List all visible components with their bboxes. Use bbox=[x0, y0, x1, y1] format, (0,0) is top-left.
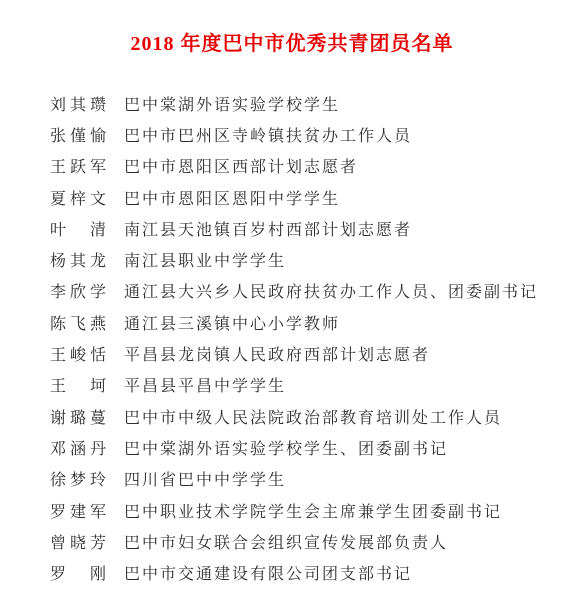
member-name: 王峻恬 bbox=[50, 340, 120, 371]
member-description: 平昌县平昌中学学生 bbox=[124, 371, 286, 402]
member-name: 谢璐蔓 bbox=[50, 403, 120, 434]
member-row: 王峻恬 平昌县龙岗镇人民政府西部计划志愿者 bbox=[50, 339, 584, 370]
member-description: 巴中棠湖外语实验学校学生、团委副书记 bbox=[124, 434, 448, 465]
member-row: 李欣学 通江县大兴乡人民政府扶贫办工作人员、团委副书记 bbox=[50, 277, 584, 308]
member-row: 罗 刚 巴中市交通建设有限公司团支部书记 bbox=[50, 558, 584, 589]
member-row: 谢璐蔓 巴中市中级人民法院政治部教育培训处工作人员 bbox=[50, 402, 584, 433]
member-name: 陈飞燕 bbox=[50, 309, 120, 340]
member-description: 南江县职业中学学生 bbox=[124, 246, 286, 277]
member-name: 王 坷 bbox=[50, 371, 120, 402]
member-name: 徐梦玲 bbox=[50, 465, 120, 496]
member-row: 王 坷 平昌县平昌中学学生 bbox=[50, 371, 584, 402]
member-description: 平昌县龙岗镇人民政府西部计划志愿者 bbox=[124, 340, 430, 371]
member-description: 巴中棠湖外语实验学校学生 bbox=[124, 90, 340, 121]
member-description: 巴中市恩阳区恩阳中学学生 bbox=[124, 184, 340, 215]
member-description: 通江县大兴乡人民政府扶贫办工作人员、团委副书记 bbox=[124, 277, 538, 308]
member-description: 巴中市妇女联合会组织宣传发展部负责人 bbox=[124, 528, 448, 559]
member-row: 刘其瓒 巴中棠湖外语实验学校学生 bbox=[50, 89, 584, 120]
member-name: 刘其瓒 bbox=[50, 90, 120, 121]
member-description: 巴中职业技术学院学生会主席兼学生团委副书记 bbox=[124, 497, 502, 528]
member-list: 刘其瓒 巴中棠湖外语实验学校学生 张僅愉 巴中市巴州区寺岭镇扶贫办工作人员 王跃… bbox=[0, 89, 584, 590]
member-row: 夏梓文 巴中市恩阳区恩阳中学学生 bbox=[50, 183, 584, 214]
member-name: 罗建军 bbox=[50, 497, 120, 528]
member-description: 巴中市巴州区寺岭镇扶贫办工作人员 bbox=[124, 121, 412, 152]
member-row: 王跃军 巴中市恩阳区西部计划志愿者 bbox=[50, 152, 584, 183]
member-name: 曾晓芳 bbox=[50, 528, 120, 559]
member-row: 邓涵丹 巴中棠湖外语实验学校学生、团委副书记 bbox=[50, 433, 584, 464]
member-description: 巴中市恩阳区西部计划志愿者 bbox=[124, 152, 358, 183]
member-description: 南江县天池镇百岁村西部计划志愿者 bbox=[124, 215, 412, 246]
document-page: 2018 年度巴中市优秀共青团员名单 刘其瓒 巴中棠湖外语实验学校学生 张僅愉 … bbox=[0, 0, 584, 592]
member-row: 叶 清 南江县天池镇百岁村西部计划志愿者 bbox=[50, 214, 584, 245]
member-description: 通江县三溪镇中心小学教师 bbox=[124, 309, 340, 340]
member-row: 徐梦玲 四川省巴中中学学生 bbox=[50, 465, 584, 496]
member-description: 巴中市交通建设有限公司团支部书记 bbox=[124, 559, 412, 590]
member-row: 罗建军 巴中职业技术学院学生会主席兼学生团委副书记 bbox=[50, 496, 584, 527]
member-name: 叶 清 bbox=[50, 215, 120, 246]
member-description: 巴中市中级人民法院政治部教育培训处工作人员 bbox=[124, 403, 502, 434]
member-row: 张僅愉 巴中市巴州区寺岭镇扶贫办工作人员 bbox=[50, 120, 584, 151]
member-name: 罗 刚 bbox=[50, 559, 120, 590]
member-row: 杨其龙 南江县职业中学学生 bbox=[50, 245, 584, 276]
member-name: 李欣学 bbox=[50, 277, 120, 308]
member-name: 杨其龙 bbox=[50, 246, 120, 277]
member-row: 曾晓芳 巴中市妇女联合会组织宣传发展部负责人 bbox=[50, 527, 584, 558]
page-title: 2018 年度巴中市优秀共青团员名单 bbox=[0, 0, 584, 56]
member-name: 张僅愉 bbox=[50, 121, 120, 152]
member-row: 陈飞燕 通江县三溪镇中心小学教师 bbox=[50, 308, 584, 339]
member-description: 四川省巴中中学学生 bbox=[124, 465, 286, 496]
member-name: 王跃军 bbox=[50, 152, 120, 183]
member-name: 邓涵丹 bbox=[50, 434, 120, 465]
member-name: 夏梓文 bbox=[50, 184, 120, 215]
